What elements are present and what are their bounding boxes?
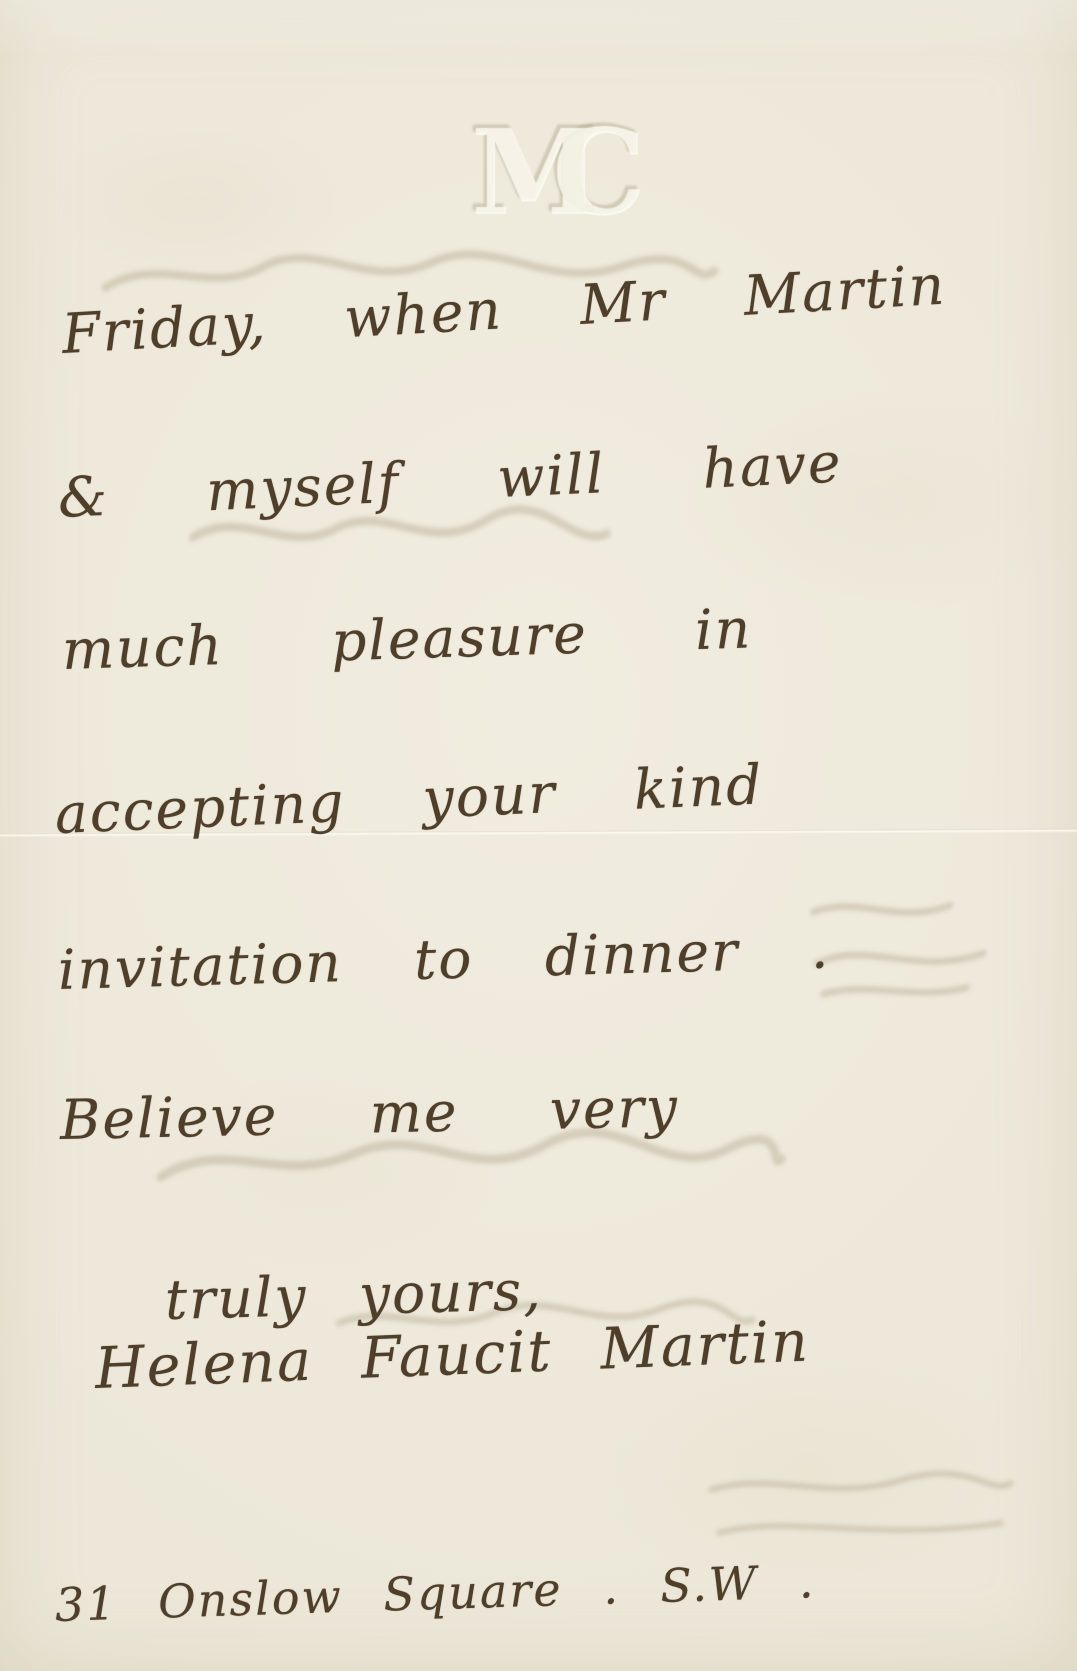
body-line-1: Friday, when Mr Martin (60, 253, 948, 366)
embossed-monogram: MC (432, 98, 682, 243)
body-line-5: invitation to dinner . (57, 916, 831, 1002)
body-line-3: much pleasure in (61, 596, 753, 682)
address-line: 31 Onslow Square . S.W . (54, 1554, 816, 1632)
bleed-through-ghost (700, 1462, 1020, 1554)
closing-line: Believe me very (59, 1075, 679, 1152)
letter-page: MC Friday, when Mr Martin & myself will … (0, 0, 1077, 1671)
body-line-2: & myself will have (57, 430, 844, 530)
monogram-letters: MC (470, 112, 645, 230)
